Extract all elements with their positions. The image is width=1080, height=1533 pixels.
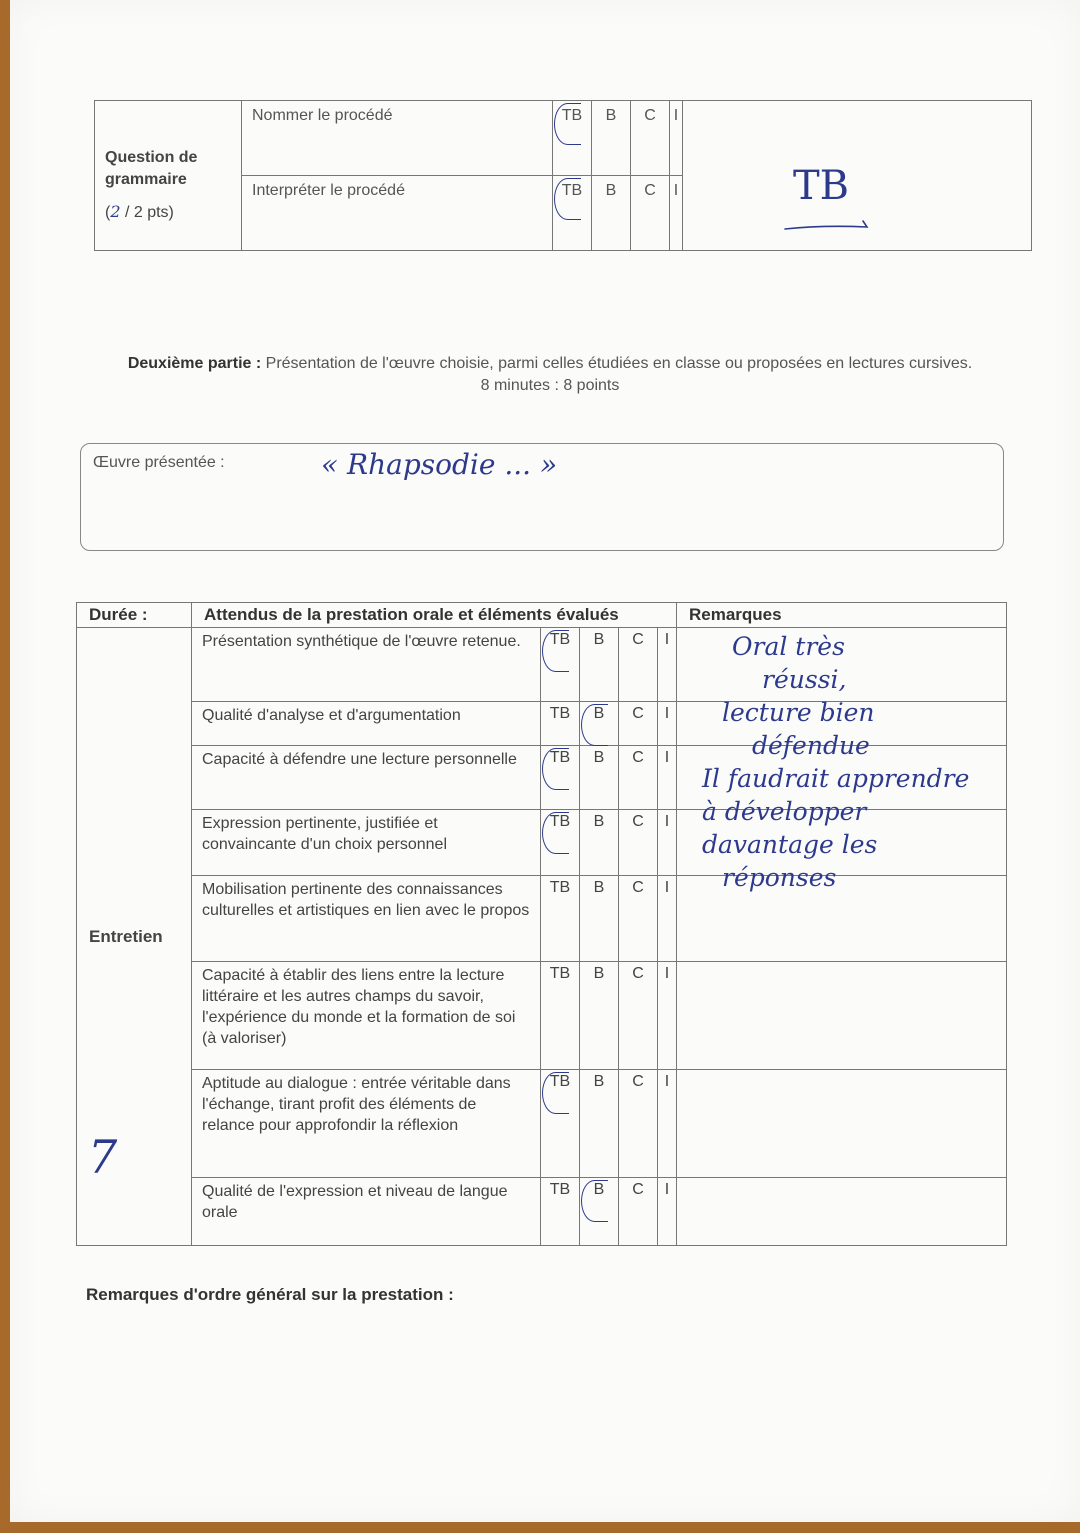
part2-timing: 8 minutes : 8 points (481, 377, 620, 394)
criterion-label: Qualité de l'expression et niveau de lan… (192, 1178, 541, 1246)
criterion-label: Aptitude au dialogue : entrée véritable … (192, 1070, 541, 1178)
grade-b[interactable]: B (580, 746, 619, 810)
grade-i[interactable]: I (658, 628, 677, 702)
grade-tb[interactable]: TB (541, 702, 580, 746)
grade-c[interactable]: C (631, 101, 670, 176)
grade-b[interactable]: B (580, 962, 619, 1070)
grade-c[interactable]: C (619, 1178, 658, 1246)
header-criteria: Attendus de la prestation orale et éléme… (192, 603, 677, 628)
table-row: Qualité de l'expression et niveau de lan… (77, 1178, 1007, 1246)
handwritten-remark-line: réussi, (702, 663, 1022, 696)
handwritten-remark-line: Oral très (702, 630, 1022, 663)
remark-cell (677, 962, 1007, 1070)
criterion-label: Capacité à établir des liens entre la le… (192, 962, 541, 1070)
criterion-label: Présentation synthétique de l'œuvre rete… (192, 628, 541, 702)
grade-tb[interactable]: TB (541, 1070, 580, 1178)
grade-c[interactable]: C (619, 628, 658, 702)
grade-tb[interactable]: TB (541, 962, 580, 1070)
grade-b[interactable]: B (592, 176, 631, 251)
grade-c[interactable]: C (619, 702, 658, 746)
oeuvre-box: Œuvre présentée : « Rhapsodie ... » (80, 443, 1004, 551)
underline-mark (783, 219, 873, 233)
oeuvre-value: « Rhapsodie ... » (321, 448, 557, 481)
grade-i[interactable]: I (658, 746, 677, 810)
grade-c[interactable]: C (631, 176, 670, 251)
table-row: Aptitude au dialogue : entrée véritable … (77, 1070, 1007, 1178)
grade-c[interactable]: C (619, 876, 658, 962)
grade-i[interactable]: I (658, 876, 677, 962)
handwritten-remark-line: Il faudrait apprendre (702, 762, 1022, 795)
grammar-points-awarded: 2 (110, 202, 120, 221)
criterion-label: Expression pertinente, justifiée et conv… (192, 810, 541, 876)
handwritten-remark-line: défendue (702, 729, 1022, 762)
grade-b[interactable]: B (580, 1070, 619, 1178)
remark-cell (677, 1070, 1007, 1178)
table-row: Question de grammaire (2 / 2 pts) Nommer… (95, 101, 1032, 176)
grade-tb[interactable]: TB (541, 876, 580, 962)
grade-tb[interactable]: TB (541, 628, 580, 702)
grade-i[interactable]: I (658, 702, 677, 746)
grade-i[interactable]: I (658, 962, 677, 1070)
table-header-row: Durée : Attendus de la prestation orale … (77, 603, 1007, 628)
grade-tb[interactable]: TB (553, 176, 592, 251)
grade-tb[interactable]: TB (541, 1178, 580, 1246)
grade-b[interactable]: B (580, 810, 619, 876)
criterion-label: Nommer le procédé (242, 101, 553, 176)
grade-c[interactable]: C (619, 746, 658, 810)
header-remarks: Remarques (677, 603, 1007, 628)
entretien-score: 7 (88, 1130, 117, 1184)
grade-tb[interactable]: TB (541, 810, 580, 876)
handwritten-remark-line: davantage les (702, 828, 1022, 861)
grade-i[interactable]: I (658, 810, 677, 876)
table-row: Capacité à établir des liens entre la le… (77, 962, 1007, 1070)
grade-c[interactable]: C (619, 962, 658, 1070)
grade-b[interactable]: B (580, 628, 619, 702)
criterion-label: Interpréter le procédé (242, 176, 553, 251)
criterion-label: Capacité à défendre une lecture personne… (192, 746, 541, 810)
grammar-remark: TB (793, 163, 849, 209)
grade-i[interactable]: I (670, 176, 683, 251)
document-page: Question de grammaire (2 / 2 pts) Nommer… (10, 0, 1080, 1522)
part2-heading: Deuxième partie : Présentation de l'œuvr… (110, 353, 990, 397)
grade-b[interactable]: B (580, 1178, 619, 1246)
header-duration: Durée : (77, 603, 192, 628)
grade-tb[interactable]: TB (541, 746, 580, 810)
part2-title: Deuxième partie : (128, 355, 261, 372)
handwritten-remarks: Oral trèsréussi,lecture biendéfendueIl f… (702, 630, 1022, 894)
handwritten-remark-line: à développer (702, 795, 1022, 828)
grade-tb[interactable]: TB (553, 101, 592, 176)
grade-c[interactable]: C (619, 1070, 658, 1178)
grade-b[interactable]: B (592, 101, 631, 176)
grade-i[interactable]: I (658, 1178, 677, 1246)
criterion-label: Mobilisation pertinente des connaissance… (192, 876, 541, 962)
grade-c[interactable]: C (619, 810, 658, 876)
remark-cell (677, 1178, 1007, 1246)
grade-b[interactable]: B (580, 876, 619, 962)
grammar-section-cell: Question de grammaire (2 / 2 pts) (95, 101, 242, 251)
grammar-points: (2 / 2 pts) (105, 201, 231, 224)
handwritten-remark-line: lecture bien (702, 696, 1022, 729)
grade-i[interactable]: I (658, 1070, 677, 1178)
grammar-section-label: Question de grammaire (105, 149, 197, 188)
handwritten-remark-line: réponses (702, 861, 1022, 894)
criterion-label: Qualité d'analyse et d'argumentation (192, 702, 541, 746)
general-remarks-label: Remarques d'ordre général sur la prestat… (86, 1285, 454, 1305)
part2-description: Présentation de l'œuvre choisie, parmi c… (266, 355, 973, 372)
grade-i[interactable]: I (670, 101, 683, 176)
grammar-table: Question de grammaire (2 / 2 pts) Nommer… (94, 100, 1032, 251)
grade-b[interactable]: B (580, 702, 619, 746)
grammar-remark-cell: TB (683, 101, 1032, 251)
oeuvre-label: Œuvre présentée : (93, 454, 225, 472)
